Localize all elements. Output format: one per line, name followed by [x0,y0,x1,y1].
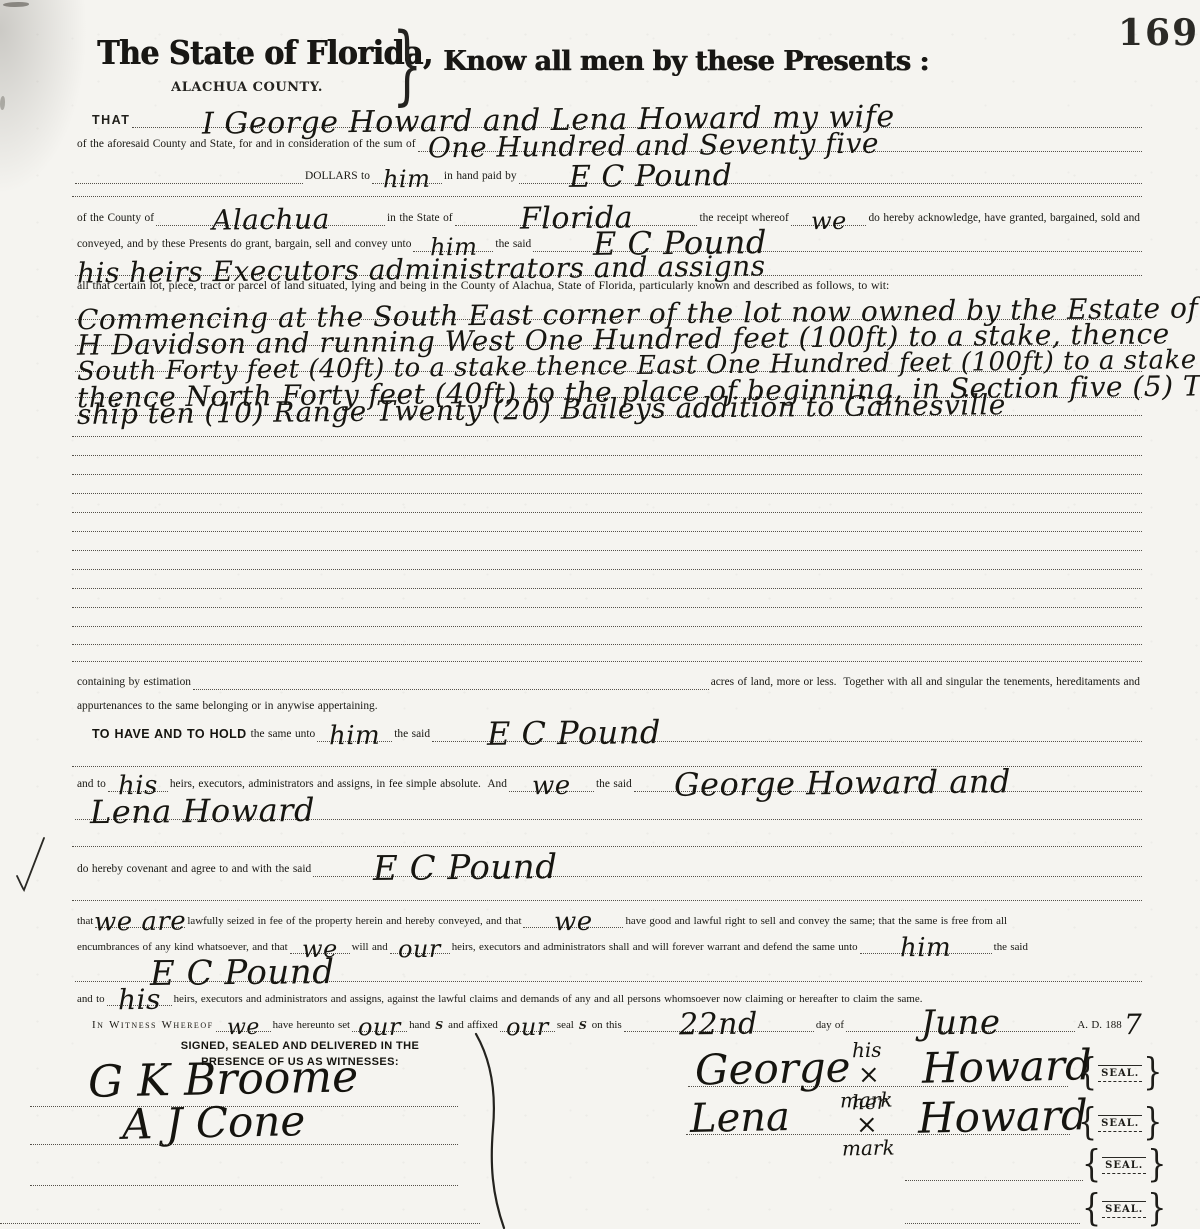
containing-label: containing by estimation [75,675,193,690]
day-of-label: day of [814,1018,846,1032]
on-this-label: on this [590,1018,624,1032]
line-covenant: do hereby covenant and agree to and with… [75,850,1142,877]
ruled-line [72,644,1142,645]
that-small-label: that [75,914,95,928]
line-description-2: H Davidson and running West One Hundred … [75,320,1142,346]
description-blank: H Davidson and running West One Hundred … [75,319,1142,346]
seal-brace-left: { [1082,1190,1101,1228]
his-blank: his [107,983,172,1006]
we-blank: we [509,763,594,792]
handwritten-day: 22nd [679,1013,758,1038]
handwritten-him: him [329,726,380,747]
seal-stamp: { SEAL. } [1078,1108,1162,1138]
seal-label: SEAL. [1098,1115,1142,1132]
description-blank: ship ten (10) Range Twenty (20) Baileys … [75,393,1142,416]
header-brace: } [392,22,422,108]
seal-line [905,1223,1080,1224]
month-blank: June [846,1005,1075,1032]
ruled-line [72,550,1142,551]
line-fee-simple: and to his heirs, executors, administrat… [75,764,1142,792]
affixed-label: and affixed [446,1018,500,1032]
handwritten-our: our [358,1018,401,1038]
line-dollars: DOLLARS to him in hand paid by E C Pound [75,156,1142,184]
proclamation-heading: Know all men by these Presents : [443,46,929,77]
handwritten-payer: E C Pound [568,164,732,190]
plural-s-glyph: S [576,1019,590,1032]
acres-text: acres of land, more or less. Together wi… [709,675,1142,690]
check-mark-icon [12,834,48,894]
our-blank: our [390,927,450,954]
ruled-line [72,661,1142,662]
grantee-blank: E C Pound [432,715,1142,742]
day-blank: 22nd [624,1005,814,1032]
we-blank: we [216,1005,271,1032]
witness-signature-2: A J Cone [122,1100,306,1146]
line-convey: conveyed, and by these Presents do grant… [75,224,1142,252]
grantee-blank: E C Pound [533,223,1142,252]
claims-text: heirs, executors and administrators and … [172,992,925,1006]
handwritten-we: we [227,1019,260,1037]
witness-brace [468,1032,508,1229]
will-and-label: will and [350,940,390,954]
line-description-5: ship ten (10) Range Twenty (20) Baileys … [75,394,1142,416]
dollars-label: DOLLARS to [303,169,372,184]
covenant-grantee-blank: E C Pound [313,849,1142,877]
recipient-blank: him [372,155,442,184]
signature-line [0,1223,480,1224]
and-to-label: and to [75,992,107,1006]
grantor1-last-name: Howard [922,1044,1093,1090]
seal-label: SEAL. [1102,1157,1146,1174]
seal-brace-right: } [1147,1146,1166,1184]
handwritten-grantee: E C Pound [487,720,661,747]
seal-stamp: { SEAL. } [1082,1150,1166,1180]
line-have-hold: TO HAVE AND TO HOLD the same unto him th… [90,716,1142,742]
we-blank: we [523,901,623,928]
seal-line [905,1180,1083,1181]
lawful-right-text: have good and lawful right to sell and c… [623,914,1009,928]
seal-stamp: { SEAL. } [1082,1194,1166,1224]
seal-word-label: seal [555,1018,576,1032]
line-grantee-repeat: E C Pound [75,954,1142,982]
our-blank: our [500,1005,555,1032]
sum-blank: One Hundred and Seventy five [418,123,1142,152]
line-seized: that we are lawfully seized in fee of th… [75,902,1142,928]
line-county-state: of the County of Alachua in the State of… [75,198,1142,226]
deed-document-page: 169 The State of Florida, ALACHUA COUNTY… [0,0,1200,1229]
seal-brace-left: { [1078,1054,1097,1092]
grantor1-x-mark: × [858,1062,880,1088]
line-description-3: South Forty feet (40ft) to a stake thenc… [75,346,1142,372]
seal-brace-right: } [1147,1190,1166,1228]
handwritten-grantor2: Lena Howard [90,798,315,826]
ruled-line [72,436,1142,437]
seized-text: lawfully seized in fee of the property h… [185,914,523,928]
line-appurtenances: appurtenances to the same belonging or i… [75,700,1142,714]
description-blank: South Forty feet (40ft) to a stake thenc… [75,345,1142,372]
seal-label: SEAL. [1098,1065,1142,1082]
ruled-line [72,512,1142,513]
seal-brace-right: } [1143,1104,1162,1142]
handwritten-our: our [506,1018,549,1038]
seal-label: SEAL. [1102,1201,1146,1218]
handwritten-grantee: E C Pound [373,854,558,883]
ruled-line [72,531,1142,532]
appurtenances-text: appurtenances to the same belonging or i… [75,699,380,714]
in-hand-label: in hand paid by [442,169,519,184]
covenant-text: do hereby covenant and agree to and with… [75,862,313,877]
heirs-blank: his heirs Executors administrators and a… [75,249,1142,276]
ad-label: A. D. 188 [1075,1018,1123,1032]
ruled-line [72,846,1142,847]
ruled-line [72,493,1142,494]
line-containing: containing by estimation acres of land, … [75,666,1142,690]
grantor2-mark-label: mark [842,1137,895,1158]
have-hold-label: TO HAVE AND TO HOLD [90,726,249,742]
the-said-label: the said [392,727,432,742]
grantee-blank: E C Pound [75,953,1142,982]
witness-heading-1: SIGNED, SEALED AND DELIVERED IN THE [150,1040,450,1052]
acreage-blank [193,665,709,690]
ruled-line [72,474,1142,475]
line-parcel-intro: all that certain lot, piece, tract or pa… [75,279,1142,293]
his-blank: his [108,763,168,792]
our-blank: our [352,1005,407,1032]
grantor2-blank: Lena Howard [75,789,1142,820]
receipt-blank: we [791,197,867,226]
hand-label: hand [407,1018,432,1032]
grantor1-his-label: his [852,1040,882,1061]
county-subtitle: ALACHUA COUNTY. [97,80,397,95]
line-grantor2: Lena Howard [75,790,1142,820]
ruled-line [72,626,1142,627]
signature-line [30,1185,458,1186]
same-unto-label: the same unto [249,727,318,742]
payer-blank: E C Pound [519,155,1142,184]
we-blank: we [290,927,350,954]
grantor1-first-name: George [695,1046,851,1091]
ruled-line [72,588,1142,589]
document-title: The State of Florida, [97,35,433,73]
page-number: 169 [1118,12,1199,54]
seal-brace-left: { [1082,1146,1101,1184]
state-blank: Florida [455,197,698,226]
handwritten-year: 7 [1124,1014,1143,1037]
line-description-1: Commencing at the South East corner of t… [75,294,1142,320]
hereunto-set-label: have hereunto set [271,1018,353,1032]
line-encumbrances: encumbrances of any kind whatsoever, and… [75,928,1142,954]
seal-brace-right: } [1143,1054,1162,1092]
we-are-blank: we are [95,901,185,928]
grantor2-last-name: Howard [918,1094,1089,1140]
handwritten-him: him [383,170,431,190]
plural-s-glyph: S [432,1019,446,1032]
ruled-line [72,569,1142,570]
county-blank: Alachua [156,197,385,226]
parcel-text: all that certain lot, piece, tract or pa… [75,278,891,293]
description-blank: Commencing at the South East corner of t… [75,293,1142,320]
grantor2-first-name: Lena [690,1097,791,1139]
leading-blank [75,155,303,184]
ruled-line [72,455,1142,456]
line-heirs: his heirs Executors administrators and a… [75,250,1142,276]
in-witness-label: In Witness Whereof [90,1018,216,1032]
the-said-label: the said [992,940,1030,954]
grantors-blank: George Howard and [634,763,1142,792]
unto-blank: him [317,715,392,742]
him-blank: him [860,927,992,954]
handwritten-description-5: ship ten (10) Range Twenty (20) Baileys … [77,394,1006,426]
convey-blank: him [413,223,493,252]
line-witness-whereof: In Witness Whereof we have hereunto set … [90,1006,1142,1032]
warrant-text: heirs, executors and administrators shal… [450,940,860,954]
sum-label: of the aforesaid County and State, for a… [75,137,418,152]
handwritten-month: June [921,1009,1001,1037]
signature-line [30,1144,458,1145]
grantor2-x-mark: × [856,1112,878,1138]
ruled-line [72,607,1142,608]
line-consideration: of the aforesaid County and State, for a… [75,124,1142,152]
seal-brace-left: { [1078,1104,1097,1142]
seal-stamp: { SEAL. } [1078,1058,1162,1088]
